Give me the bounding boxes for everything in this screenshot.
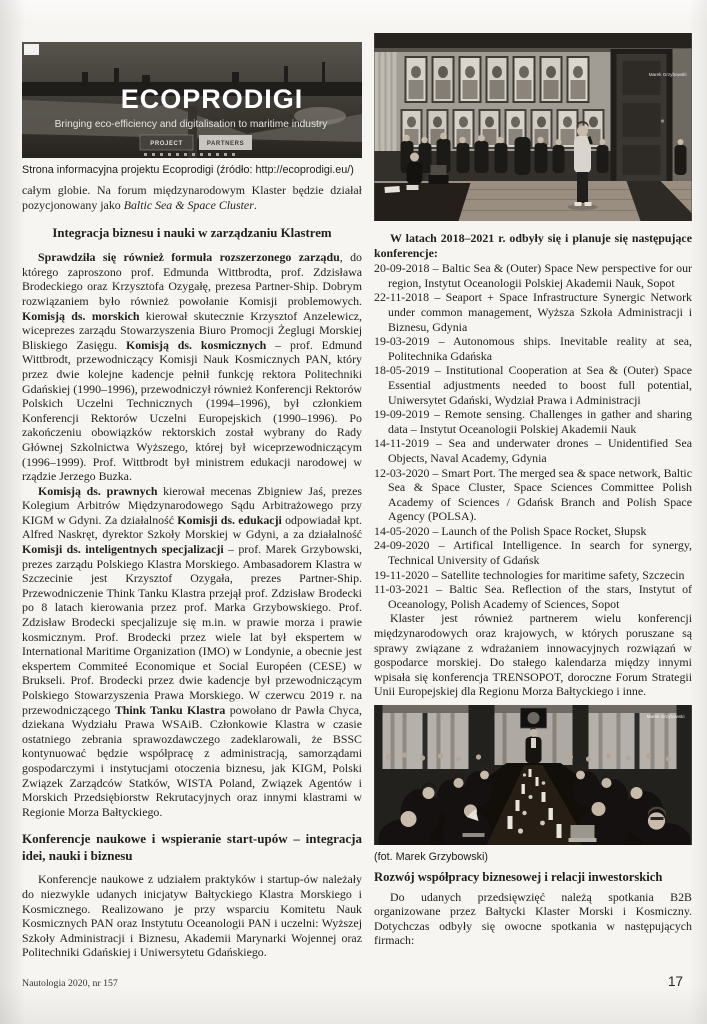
magazine-page: { "page": { "journal_footer": "Nautologi… — [0, 0, 707, 1024]
conference-list-item: 18-05-2019 – Institutional Cooperation a… — [374, 363, 692, 407]
banner-button-project: PROJECT — [140, 135, 193, 150]
paragraph-science-conferences: Konferencje naukowe z udziałem praktyków… — [22, 872, 362, 960]
heading-integration: Integracja biznesu i nauki w zarządzaniu… — [22, 225, 362, 241]
photo-b2b-meeting: Marek Grzybowski — [374, 705, 692, 845]
heading-conferences: Konferencje naukowe i wspieranie start-u… — [22, 831, 362, 864]
svg-text:PROJECT: PROJECT — [150, 141, 183, 147]
banner-caption: Strona informacyjna projektu Ecoprodigi … — [22, 164, 362, 177]
conference-list-item: 24-09-2020 – Artifical Intelligence. In … — [374, 538, 692, 567]
conference-list-item: 12-03-2020 – Smart Port. The merged sea … — [374, 466, 692, 524]
site-logo-box — [24, 44, 39, 55]
conference-list-item: 11-03-2021 – Baltic Sea. Reflection of t… — [374, 582, 692, 611]
heading-b2b: Rozwój współpracy biznesowej i relacji i… — [374, 870, 692, 886]
banner-title: ECOPRODIGI — [121, 84, 304, 114]
conference-list-item: 14-11-2019 – Sea and underwater drones –… — [374, 436, 692, 465]
left-column: ECOPRODIGI Bringing eco-efficiency and d… — [22, 42, 362, 960]
portrait-frames-row-1 — [405, 56, 590, 103]
paragraph-board: Sprawdziła się również formuła rozszerzo… — [22, 250, 362, 484]
conference-list: 20-09-2018 – Baltic Sea & (Outer) Space … — [374, 261, 692, 611]
ecoprodigi-banner-image: ECOPRODIGI Bringing eco-efficiency and d… — [22, 42, 362, 158]
intro-paragraph: całym globie. Na forum międzynarodowym K… — [22, 183, 362, 212]
conference-list-item: 19-11-2020 – Satellite technologies for … — [374, 568, 692, 583]
conferences-intro: W latach 2018–2021 r. odbyły się i planu… — [374, 231, 692, 260]
page-number: 17 — [668, 974, 683, 989]
door — [611, 49, 673, 189]
conference-list-item: 19-03-2019 – Autonomous ships. Inevitabl… — [374, 334, 692, 363]
photo-watermark: Marek Grzybowski — [649, 72, 687, 77]
photo-conference-hall: Marek Grzybowski — [374, 33, 692, 221]
paragraph-committees: Komisją ds. prawnych kierował mecenas Zb… — [22, 484, 362, 820]
svg-text:PARTNERS: PARTNERS — [207, 141, 244, 147]
wall-crest — [521, 708, 547, 728]
right-column: Marek Grzybowski W latach 2018–2021 r. o… — [374, 33, 692, 948]
b2b-paragraph: Do udanych przedsięwzięć należą spotkani… — [374, 890, 692, 948]
photo-watermark: Marek Grzybowski — [647, 714, 685, 719]
conference-list-item: 22-11-2018 – Seaport + Space Infrastruct… — [374, 290, 692, 334]
banner-button-partners: PARTNERS — [199, 135, 252, 150]
conference-list-item: 19-09-2019 – Remote sensing. Challenges … — [374, 407, 692, 436]
partner-paragraph: Klaster jest również partnerem wielu kon… — [374, 611, 692, 699]
conference-list-item: 20-09-2018 – Baltic Sea & (Outer) Space … — [374, 261, 692, 290]
journal-footer: Nautologia 2020, nr 157 — [22, 978, 118, 989]
banner-tagline: Bringing eco-efficiency and digitalisati… — [55, 119, 329, 130]
curtain — [375, 52, 397, 168]
conference-list-item: 14-05-2020 – Launch of the Polish Space … — [374, 524, 692, 539]
photo-caption: (fot. Marek Grzybowski) — [374, 851, 692, 864]
